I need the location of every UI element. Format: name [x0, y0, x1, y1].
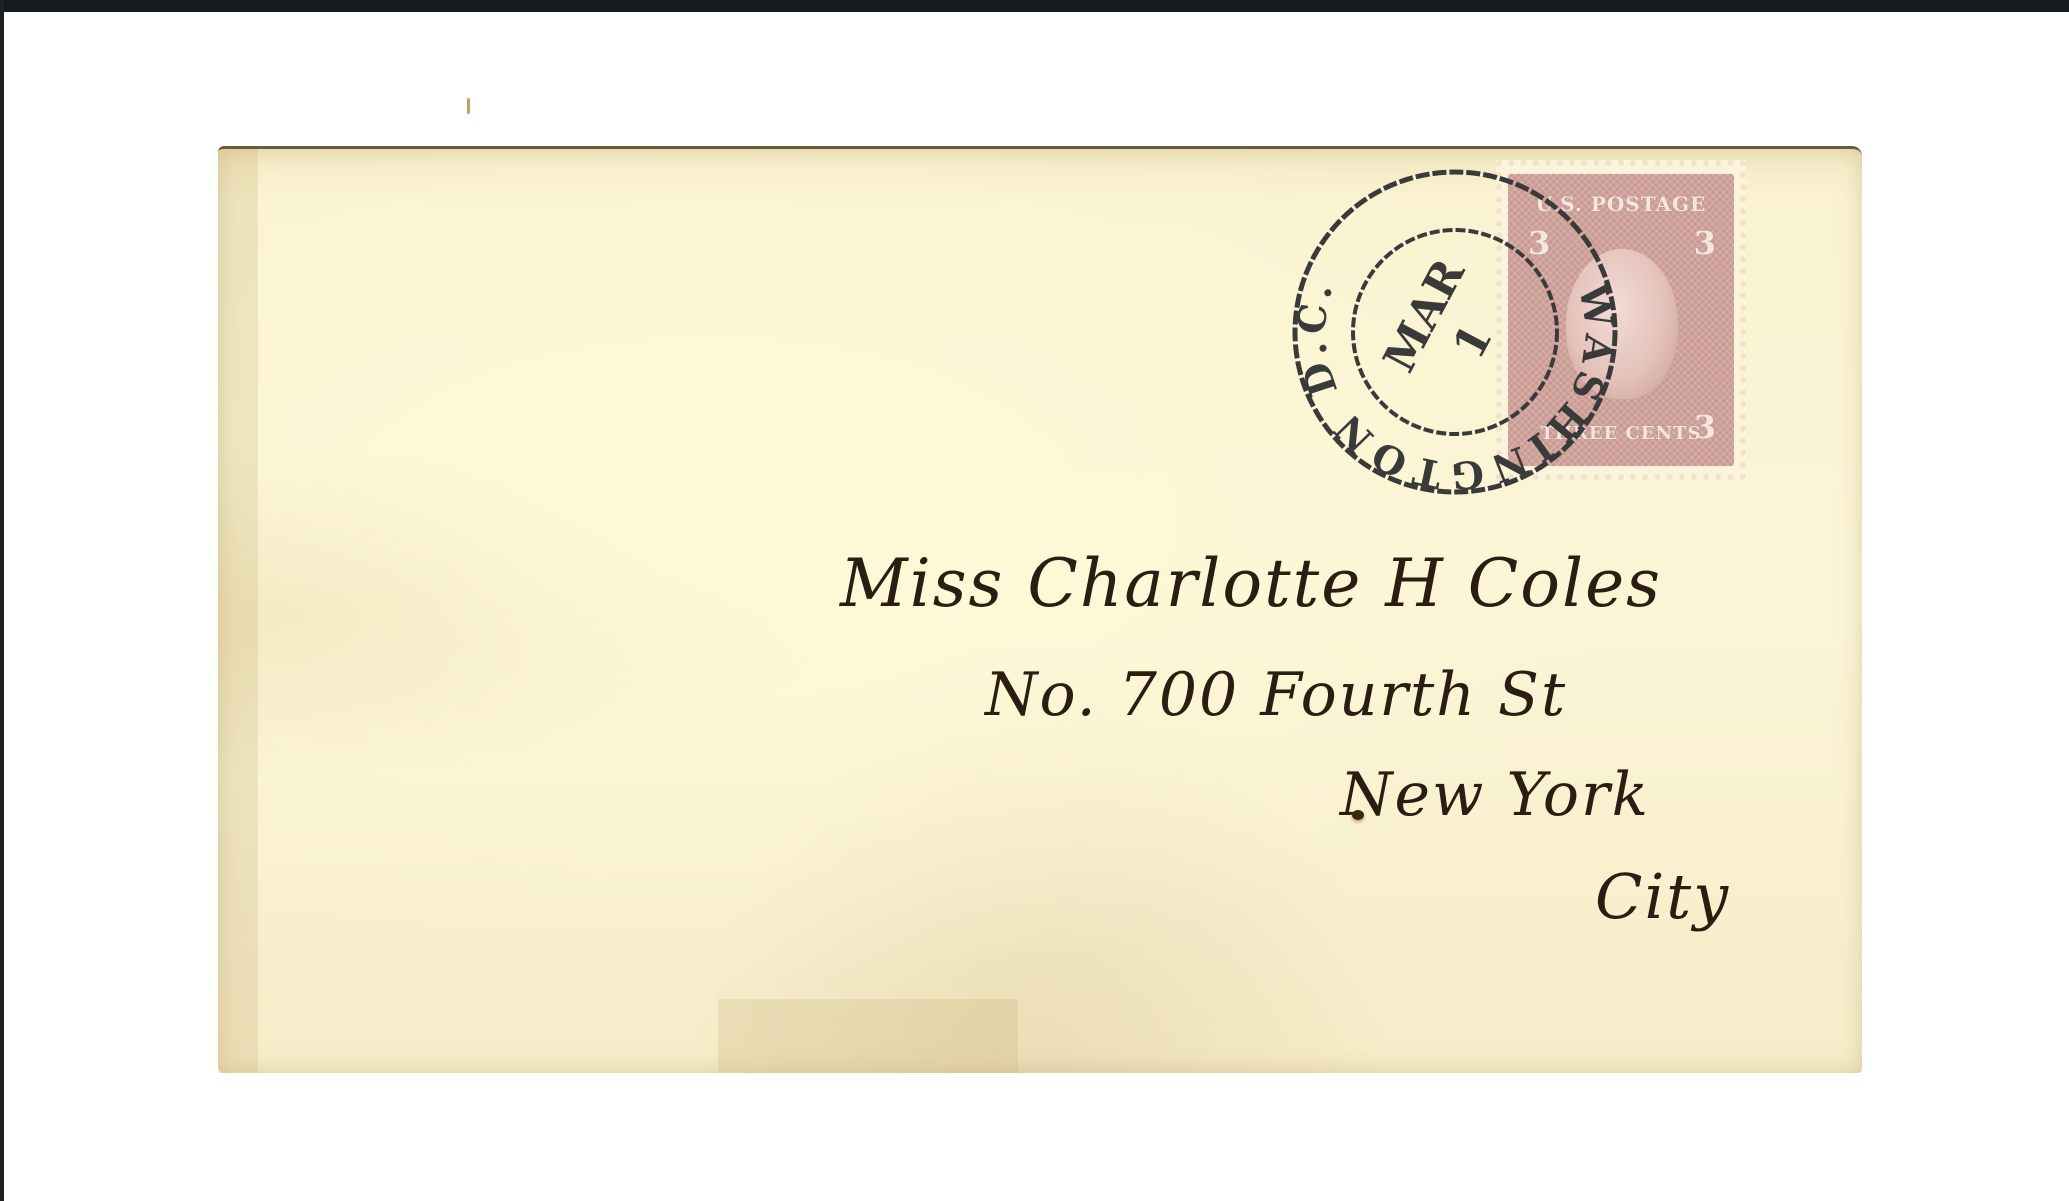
postmark: WASHINGTON D.C. MAR 1 — [1285, 162, 1625, 502]
stamp-denomination-top-right: 3 — [1694, 224, 1716, 262]
postmark-day: 1 — [1443, 316, 1502, 367]
fold-crease-left — [218, 149, 258, 1073]
address-recipient: Miss Charlotte H Coles — [840, 545, 1662, 622]
ink-blot — [1352, 810, 1364, 820]
fold-crease-bottom — [718, 999, 1018, 1073]
address-street: No. 700 Fourth St — [985, 660, 1567, 730]
postmark-month: MAR — [1374, 251, 1475, 381]
scanner-edge-left — [0, 0, 4, 1201]
address-city-suffix: City — [1595, 860, 1730, 933]
address-city: New York — [1340, 760, 1650, 830]
scanner-edge-top — [0, 0, 2069, 12]
paper-speck — [467, 98, 470, 114]
